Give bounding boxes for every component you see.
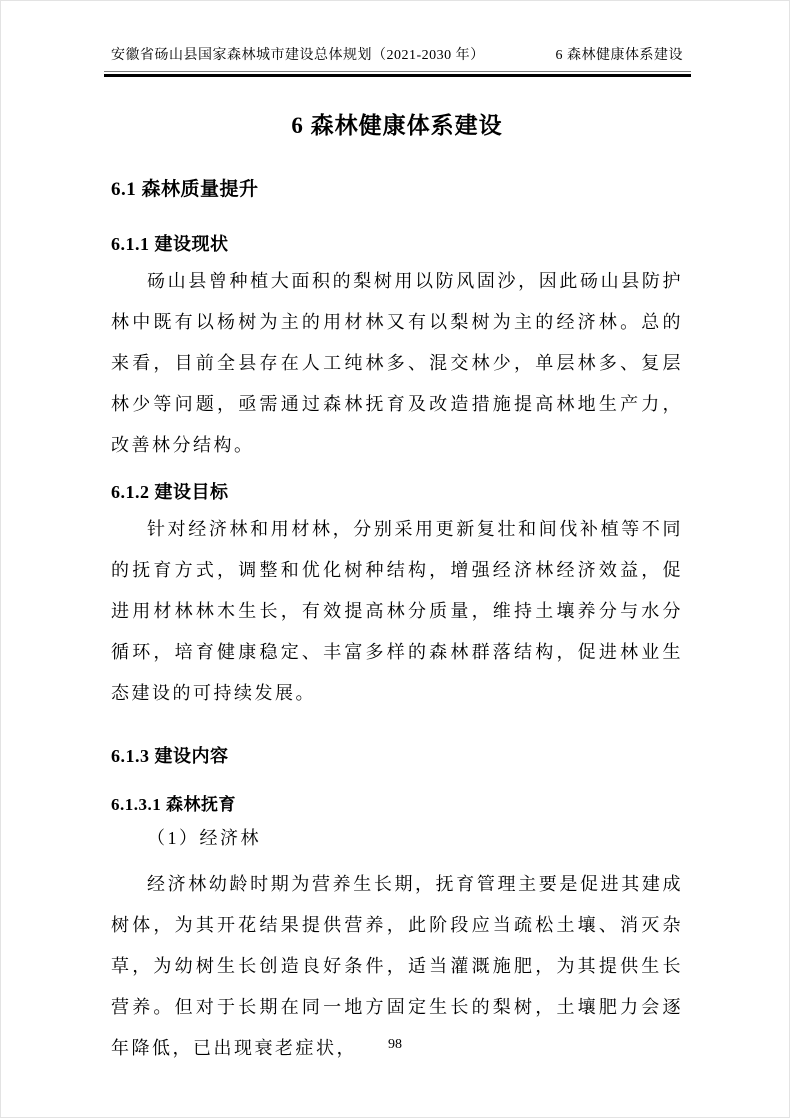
paragraph-goals: 针对经济林和用材林，分别采用更新复壮和间伐补植等不同的抚育方式，调整和优化树种结… <box>111 509 683 714</box>
section-6-1-1-heading: 6.1.1 建设现状 <box>111 233 683 256</box>
section-6-1-heading: 6.1 森林质量提升 <box>111 178 683 202</box>
list-item-economic-forest: （1）经济林 <box>111 818 683 859</box>
paragraph-current-status: 砀山县曾种植大面积的梨树用以防风固沙，因此砀山县防护林中既有以杨树为主的用材林又… <box>111 261 683 466</box>
chapter-title: 6 森林健康体系建设 <box>111 111 683 141</box>
header-left-title: 安徽省砀山县国家森林城市建设总体规划（2021-2030 年） <box>111 44 485 64</box>
section-6-1-3-1-heading: 6.1.3.1 森林抚育 <box>111 794 683 816</box>
page-footer: 98 <box>1 1037 789 1053</box>
header-rule <box>104 71 691 77</box>
section-6-1-3-heading: 6.1.3 建设内容 <box>111 745 683 768</box>
document-page: 安徽省砀山县国家森林城市建设总体规划（2021-2030 年） 6 森林健康体系… <box>0 0 790 1118</box>
section-6-1-2-heading: 6.1.2 建设目标 <box>111 481 683 504</box>
page-number: 98 <box>388 1037 402 1052</box>
page-header: 安徽省砀山县国家森林城市建设总体规划（2021-2030 年） 6 森林健康体系… <box>111 1 683 64</box>
header-right-chapter: 6 森林健康体系建设 <box>556 44 684 64</box>
page-content: 安徽省砀山县国家森林城市建设总体规划（2021-2030 年） 6 森林健康体系… <box>1 1 789 1069</box>
